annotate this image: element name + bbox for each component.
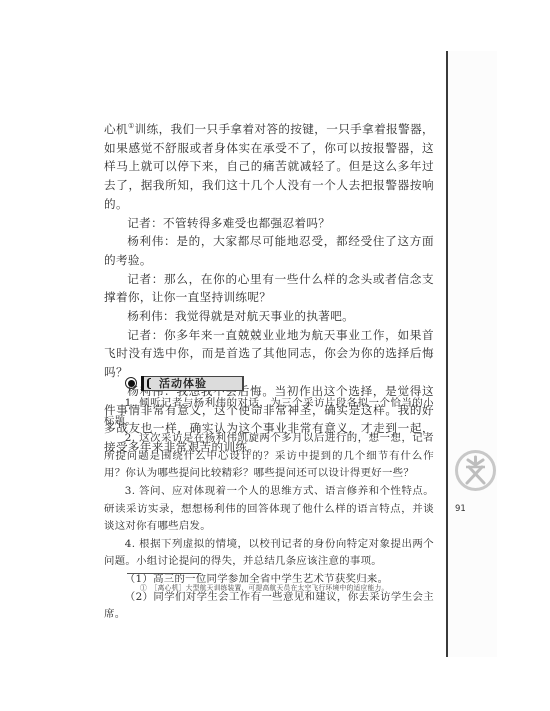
activity-item: 2. 这次采访是在杨利伟凯旋两个多月以后进行的，想一想，记者所提问题是围绕什么中… (104, 430, 434, 483)
footnote: ① ［离心机］大型航天训练装置，可提高航天员在太空飞行环境中的适应能力。 (140, 582, 389, 592)
margin-panel (448, 51, 497, 657)
paragraph-1: 记者：不管转得多难受也都强忍着吗？ (104, 214, 434, 233)
bar-mark-icon (141, 376, 144, 391)
activity-title-box: 活动体验 (141, 376, 244, 391)
activity-item: 3. 答问、应对体现着一个人的思维方式、语言修养和个性特点。研读采访实录，想想杨… (104, 483, 434, 536)
activity-title: 活动体验 (159, 375, 207, 391)
activity-item: （2）同学们对学生会工作有一些意见和建议，你去采访学生会主席。 (104, 589, 434, 624)
paragraph-4: 杨利伟：我觉得就是对航天事业的执著吧。 (104, 307, 434, 326)
paragraph-2: 杨利伟：是的，大家都尽可能地忍受，都经受住了这方面的考验。 (104, 232, 434, 269)
bracket-icon (147, 378, 151, 389)
paragraph-3: 记者：那么，在你的心里有一些什么样的念头或者信念支撑着你，让你一直坚持训练呢？ (104, 270, 434, 307)
activity-section-header: 活动体验 (125, 374, 244, 392)
footnote-ref[interactable]: ① (128, 122, 135, 130)
textbook-page: 心机①训练，我们一只手拿着对答的按键，一只手拿着报警器，如果感觉不舒服或者身体实… (0, 0, 550, 711)
margin-rule (446, 51, 448, 657)
target-bullet-icon (125, 377, 137, 389)
activity-item: 4. 根据下列虚拟的情境，以校刊记者的身份向特定对象提出两个问题。小组讨论提问的… (104, 536, 434, 571)
wen-character-circle-icon (454, 449, 497, 492)
activity-item: 1. 倾听记者与杨利伟的对话，为三个采访片段各拟一个恰当的小标题。 (104, 395, 434, 430)
page-number: 91 (455, 504, 466, 514)
footnote-divider (127, 573, 201, 574)
paragraph-0: 心机①训练，我们一只手拿着对答的按键，一只手拿着报警器，如果感觉不舒服或者身体实… (104, 120, 434, 214)
